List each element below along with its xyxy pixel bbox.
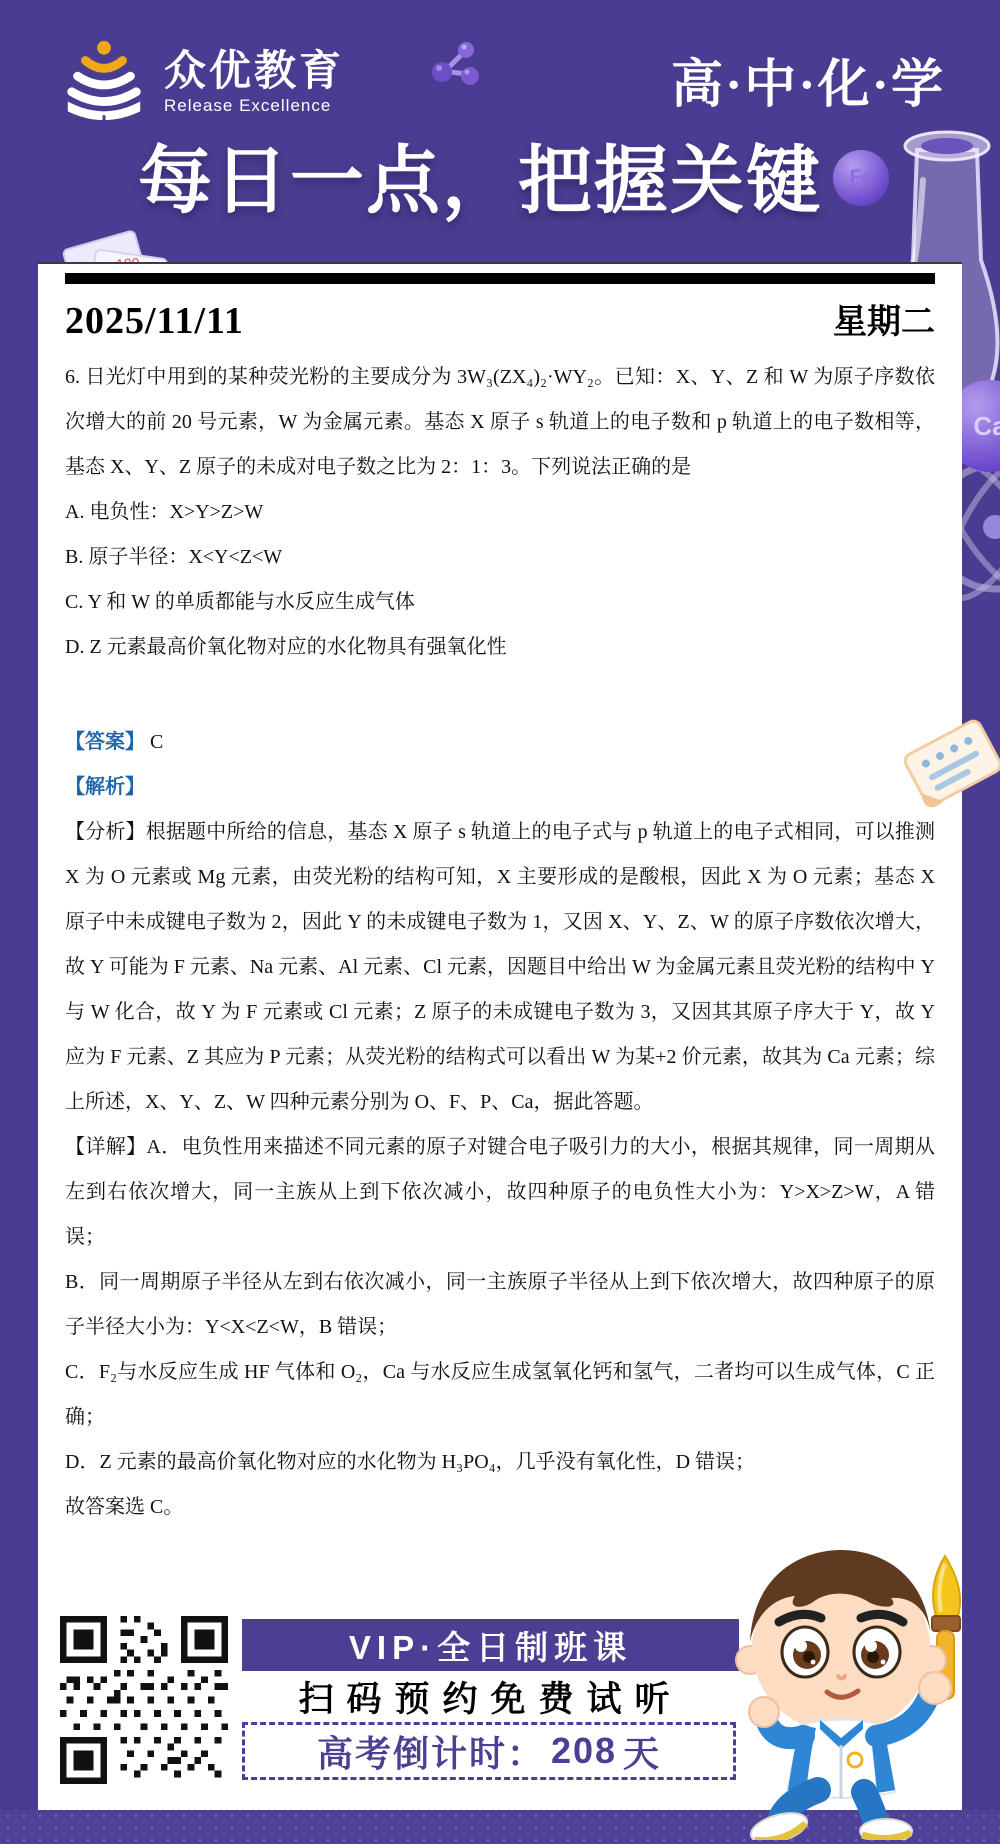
countdown-unit: 天 — [623, 1726, 661, 1777]
answer-value: C — [150, 731, 163, 753]
question-option-d: D. Z 元素最高价氧化物对应的水化物具有强氧化性 — [65, 625, 935, 670]
molecule-icon — [428, 38, 484, 99]
weekday: 星期二 — [833, 294, 935, 343]
date: 2025/11/11 — [65, 299, 244, 343]
countdown-box: 高考倒计时：208天 — [242, 1722, 736, 1780]
analysis-paragraph: 【分析】根据题中所给的信息，基态 X 原子 s 轨道上的电子式与 p 轨道上的电… — [65, 810, 935, 1125]
note-sticker-illustration — [898, 714, 1000, 815]
question-option-c: C. Y 和 W 的单质都能与水反应生成气体 — [65, 580, 935, 625]
countdown-days: 208 — [551, 1730, 617, 1772]
divider-bar — [65, 273, 935, 284]
qr-code — [60, 1616, 228, 1784]
detail-paragraph-c: C．F₂与水反应生成 HF 气体和 O₂，Ca 与水反应生成氢氧化钙和氢气，二者… — [65, 1350, 935, 1440]
countdown-prefix: 高考倒计时： — [317, 1726, 545, 1777]
detail-paragraph-a: 【详解】A．电负性用来描述不同元素的原子对键合电子吸引力的大小，根据其规律，同一… — [65, 1125, 935, 1260]
date-row: 2025/11/11 星期二 — [65, 294, 935, 343]
scan-cta: 扫码预约免费试听 — [242, 1674, 739, 1720]
mascot-boy-illustration — [724, 1538, 984, 1844]
banner-title: 每日一点，把握关键 — [70, 122, 890, 228]
answer-label: 【答案】 — [65, 731, 145, 753]
detail-paragraph-d: D．Z 元素的最高价氧化物对应的水化物为 H₃PO₄，几乎没有氧化性，D 错误； — [65, 1440, 935, 1485]
question-option-b: B. 原子半径：X<Y<Z<W — [65, 535, 935, 580]
answer-row: 【答案】 C — [65, 720, 935, 765]
fe-element-ball: Fe — [833, 150, 889, 206]
logo-tagline: Release Excellence — [164, 96, 344, 116]
vip-label: VIP·全日制班课 — [349, 1622, 632, 1669]
logo-icon — [60, 36, 148, 128]
logo-name: 众优教育 — [164, 48, 344, 94]
subject-title: 高·中·化·学 — [671, 42, 945, 117]
ca-ball-label: Ca — [973, 411, 1000, 442]
scan-label: 扫码预约免费试听 — [298, 1672, 682, 1722]
detail-paragraph-b: B．同一周期原子半径从左到右依次减小，同一主族原子半径从上到下依次增大，故四种原… — [65, 1260, 935, 1350]
logo: 众优教育 Release Excellence — [60, 36, 344, 128]
fe-ball-label: Fe — [850, 167, 872, 189]
vip-banner: VIP·全日制班课 — [242, 1619, 739, 1671]
question-stem: 6. 日光灯中用到的某种荧光粉的主要成分为 3W₃(ZX₄)₂·WY₂。已知：X… — [65, 355, 935, 490]
detail-conclusion: 故答案选 C。 — [65, 1485, 935, 1530]
analysis-label: 【解析】 — [65, 765, 935, 810]
question-option-a: A. 电负性：X>Y>Z>W — [65, 490, 935, 535]
